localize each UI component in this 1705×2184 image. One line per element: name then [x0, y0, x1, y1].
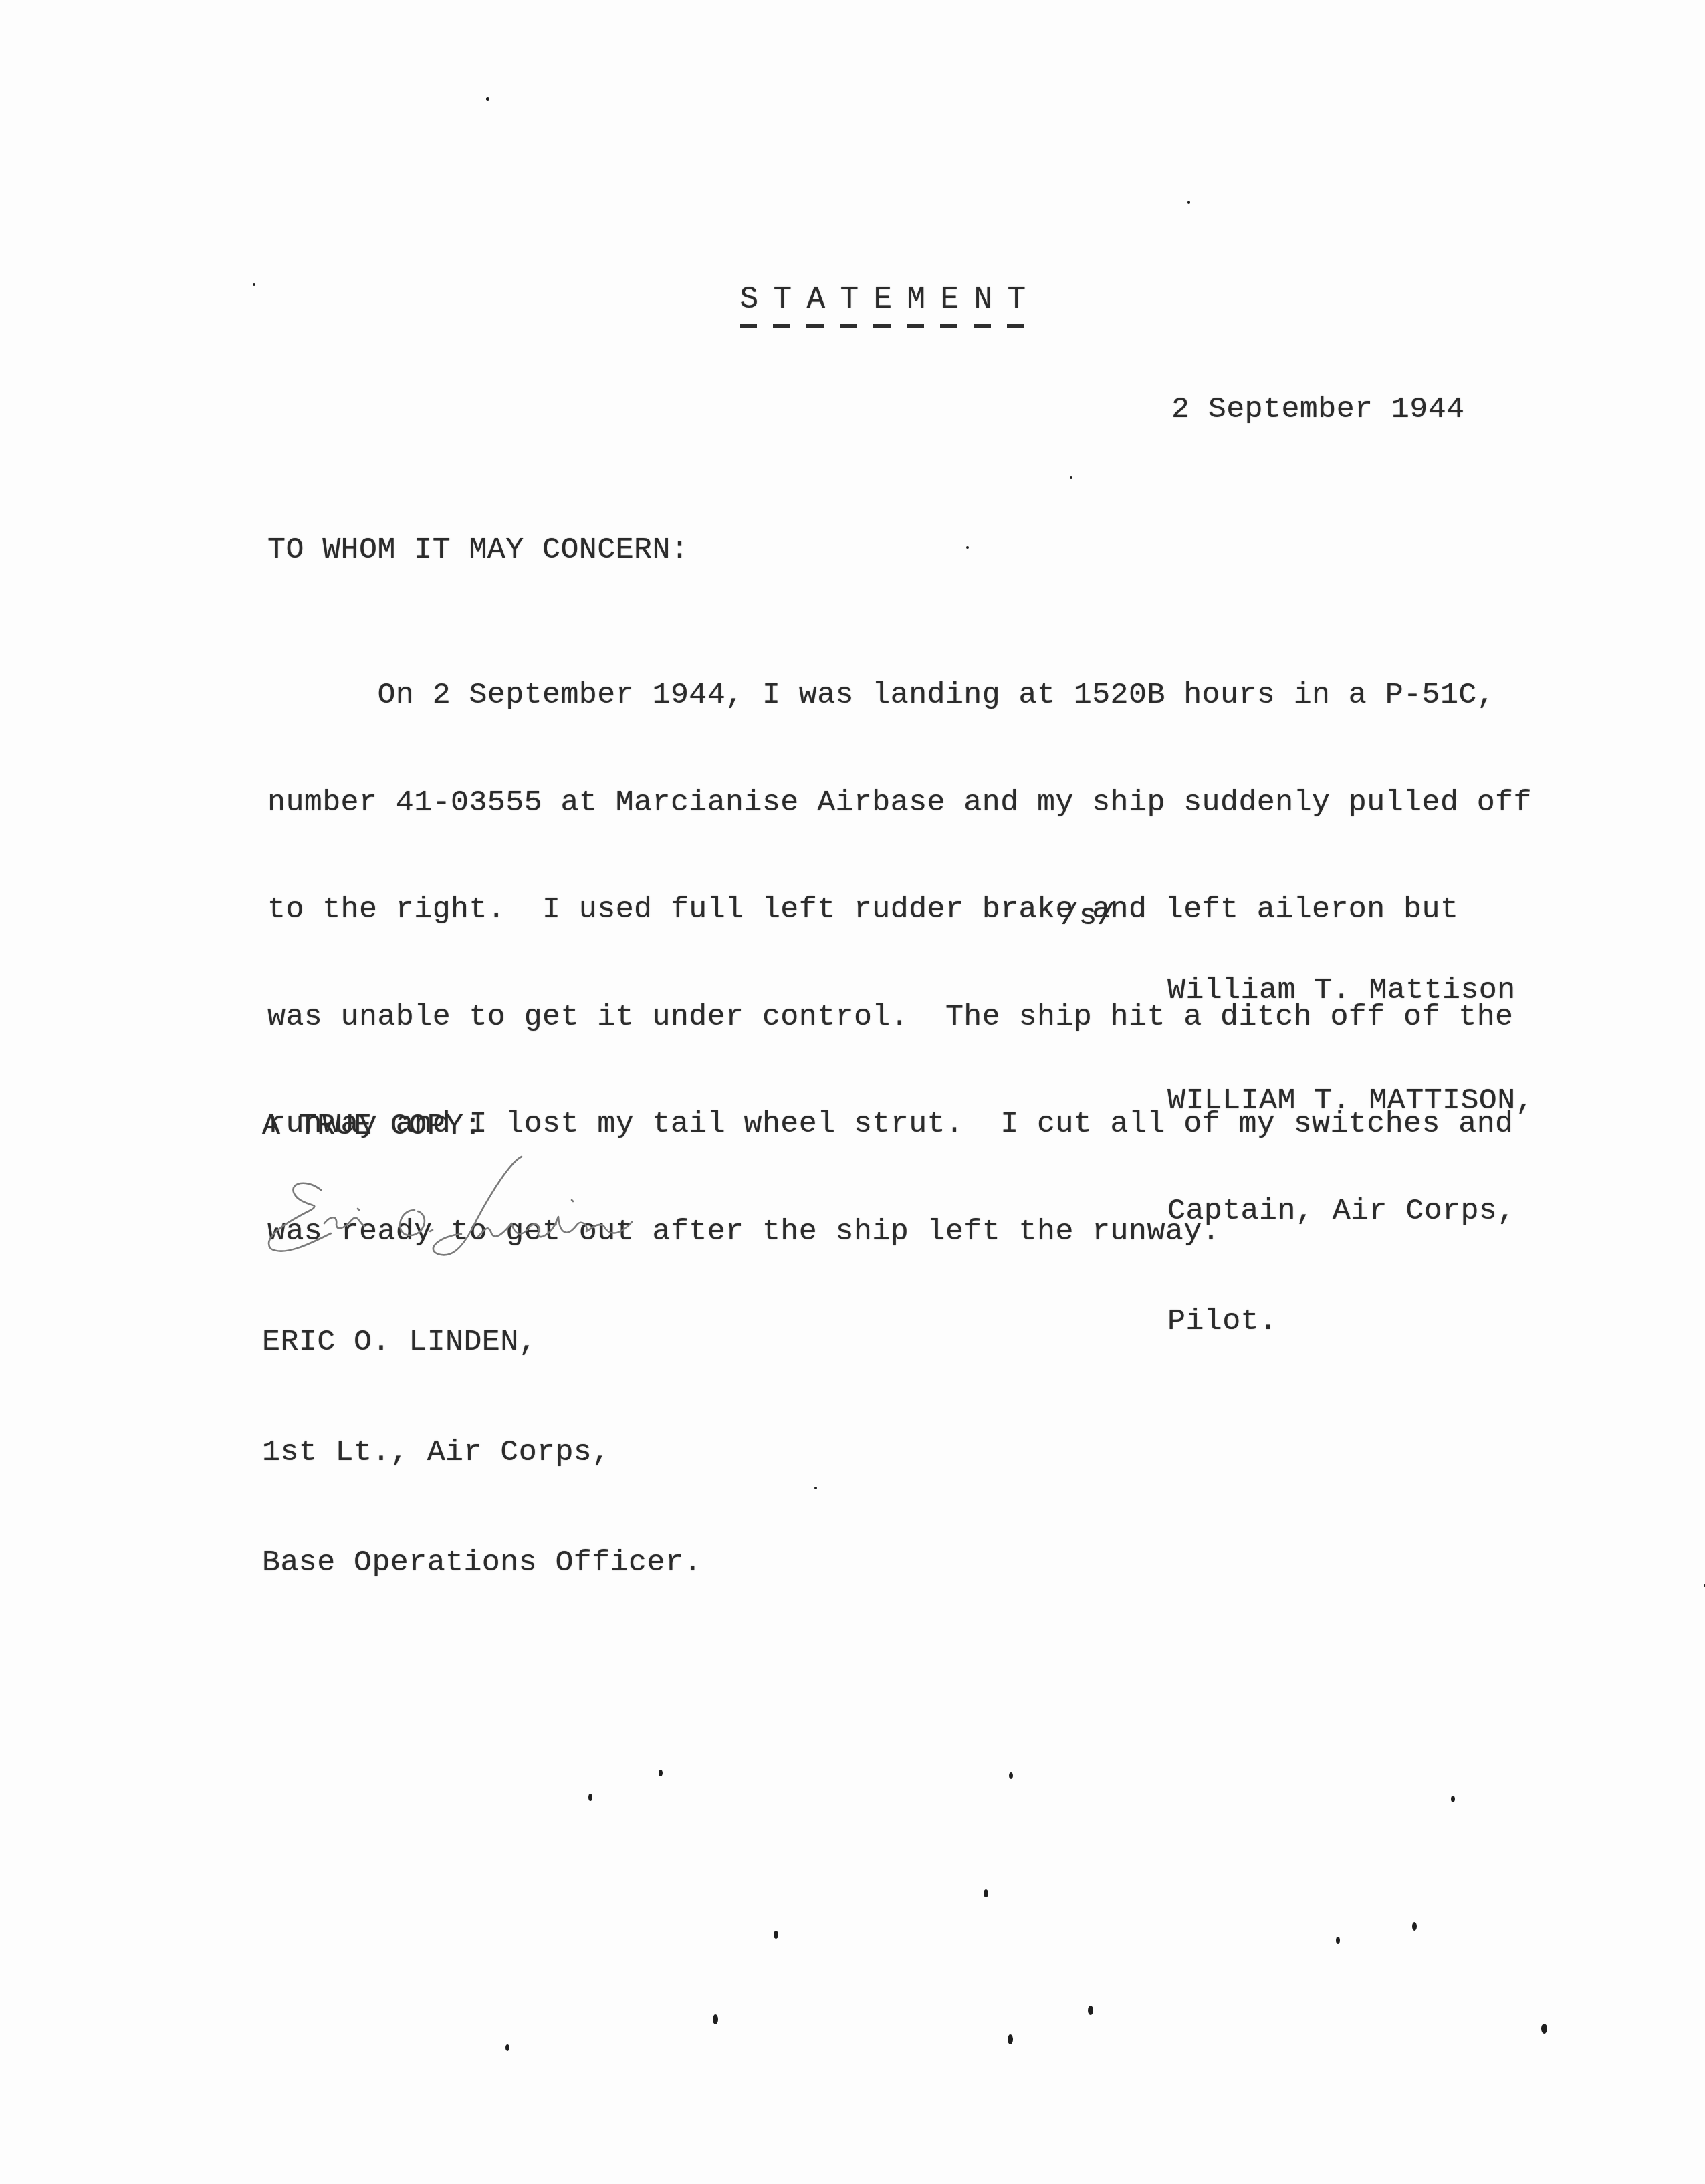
- title-letter: M: [907, 279, 924, 328]
- scan-speck: [984, 1889, 988, 1897]
- document-date: 2 September 1944: [1171, 392, 1464, 428]
- scan-speck: [1008, 2034, 1013, 2044]
- scan-speck: [774, 1931, 778, 1939]
- scan-speck: [659, 1770, 663, 1776]
- signature-rank: Captain, Air Corps,: [1167, 1193, 1534, 1229]
- scan-speck: [1336, 1937, 1340, 1944]
- scan-speck: [1088, 2006, 1093, 2015]
- certifier-signature-block: ERIC O. LINDEN, 1st Lt., Air Corps, Base…: [262, 1250, 702, 1655]
- paragraph-line: number 41-03555 at Marcianise Airbase an…: [267, 785, 1532, 821]
- certifier-rank: 1st Lt., Air Corps,: [262, 1434, 702, 1471]
- signature-mark: /s/: [1060, 898, 1115, 935]
- title-letter: E: [940, 279, 957, 328]
- scan-speck: [814, 1487, 817, 1489]
- title-letter: T: [840, 279, 857, 328]
- document-title: STATEMENT: [666, 239, 1040, 368]
- scan-speck: [713, 2014, 718, 2024]
- certifier-name: ERIC O. LINDEN,: [262, 1324, 702, 1360]
- scan-speck: [588, 1794, 592, 1801]
- scan-speck: [505, 2044, 509, 2051]
- scan-speck: [1070, 476, 1072, 479]
- scan-speck: [1009, 1772, 1013, 1779]
- scan-speck: [966, 546, 969, 549]
- title-letter: A: [806, 279, 824, 328]
- scan-speck: [1451, 1796, 1455, 1802]
- paragraph-line: On 2 September 1944, I was landing at 15…: [267, 677, 1532, 713]
- signature-line: William T. Mattison: [1167, 972, 1534, 1009]
- scan-speck: [253, 283, 255, 286]
- salutation: TO WHOM IT MAY CONCERN:: [267, 532, 689, 568]
- document-page: STATEMENT 2 September 1944 TO WHOM IT MA…: [0, 0, 1705, 2184]
- scan-speck: [1412, 1922, 1417, 1931]
- scan-speck: [1187, 201, 1190, 204]
- signature-role: Pilot.: [1167, 1303, 1534, 1340]
- scan-speck: [583, 1457, 586, 1460]
- certifier-title: Base Operations Officer.: [262, 1544, 702, 1581]
- scan-speck: [1541, 2024, 1547, 2034]
- signature-name-typed: WILLIAM T. MATTISON,: [1167, 1082, 1534, 1119]
- title-letter: N: [974, 279, 991, 328]
- pilot-signature-block: William T. Mattison WILLIAM T. MATTISON,…: [1167, 898, 1534, 1413]
- title-letter: T: [773, 279, 790, 328]
- scan-speck: [486, 97, 489, 101]
- title-letter: E: [873, 279, 891, 328]
- title-letter: S: [740, 279, 757, 328]
- title-letter: T: [1007, 279, 1024, 328]
